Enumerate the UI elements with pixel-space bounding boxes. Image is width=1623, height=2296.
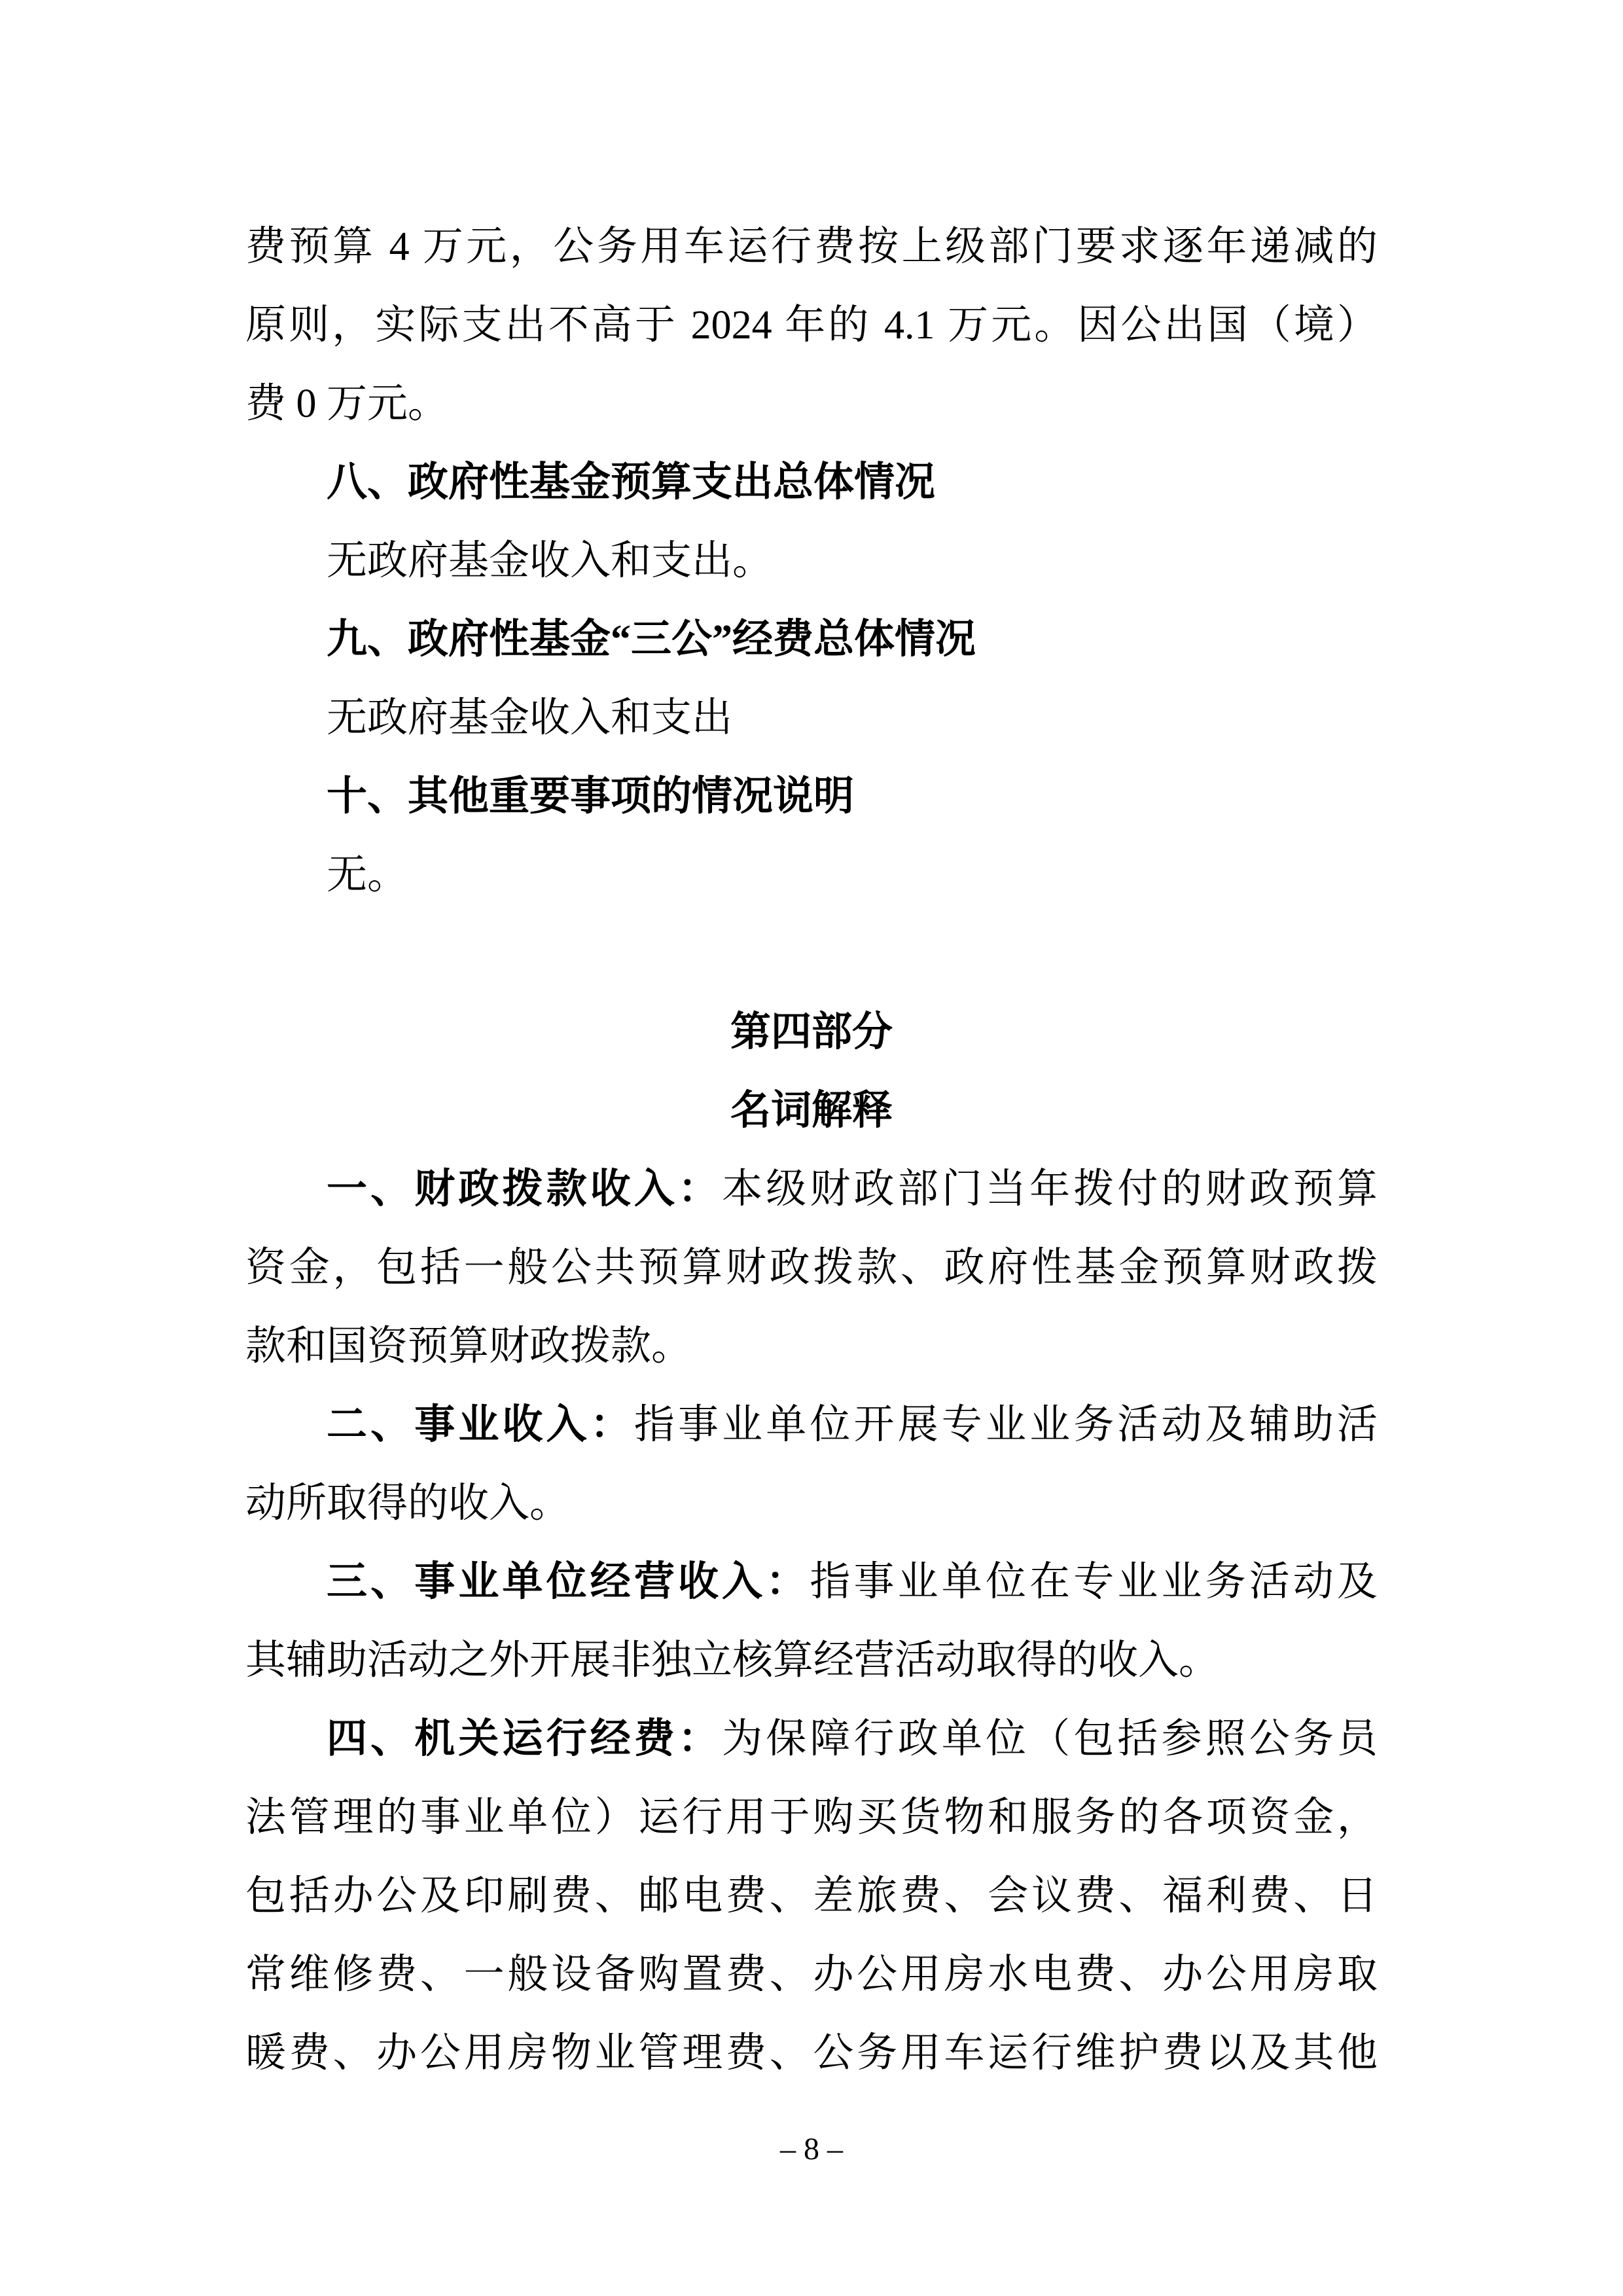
- document-line: 其辅助活动之外开展非独立核算经营活动取得的收入。: [245, 1621, 1378, 1700]
- text-run: 其辅助活动之外开展非独立核算经营活动取得的收入。: [245, 1638, 1219, 1683]
- document-line: 法管理的事业单位）运行用于购买货物和服务的各项资金，: [245, 1778, 1378, 1857]
- text-run: 指事业单位在专业业务活动及: [810, 1560, 1378, 1604]
- section-heading: 第四部分: [245, 993, 1378, 1071]
- document-line: 二、事业收入：指事业单位开展专业业务活动及辅助活: [245, 1386, 1378, 1464]
- document-line: 暖费、办公用房物业管理费、公务用车运行维护费以及其他: [245, 2014, 1378, 2092]
- bold-run: 一、财政拨款收入：: [327, 1167, 722, 1211]
- text-run: 无政府基金收入和支出: [327, 696, 732, 740]
- document-line: 原则，实际支出不高于 2024 年的 4.1 万元。因公出国（境）: [245, 286, 1378, 365]
- document-line: 无。: [245, 836, 1378, 914]
- text-run: 为保障行政单位（包括参照公务员: [722, 1717, 1378, 1761]
- text-run: 费预算 4 万元，公务用车运行费按上级部门要求逐年递减的: [245, 224, 1378, 269]
- text-run: 资金，包括一般公共预算财政拨款、政府性基金预算财政拨: [245, 1246, 1378, 1290]
- text-run: 动所取得的收入。: [245, 1481, 570, 1526]
- blank-line: [245, 914, 1378, 993]
- document-line: 资金，包括一般公共预算财政拨款、政府性基金预算财政拨: [245, 1229, 1378, 1307]
- document-line: 款和国资预算财政拨款。: [245, 1307, 1378, 1386]
- text-run: 暖费、办公用房物业管理费、公务用车运行维护费以及其他: [245, 2031, 1378, 2075]
- text-run: 名词解释: [730, 1088, 893, 1133]
- document-line: 无政府基金收入和支出。: [245, 522, 1378, 600]
- text-run: 原则，实际支出不高于 2024 年的 4.1 万元。因公出国（境）: [245, 303, 1378, 348]
- document-line: 一、财政拨款收入：本级财政部门当年拨付的财政预算: [245, 1150, 1378, 1229]
- document-body: 费预算 4 万元，公务用车运行费按上级部门要求逐年递减的原则，实际支出不高于 2…: [245, 207, 1378, 2092]
- text-run: 指事业单位开展专业业务活动及辅助活: [634, 1403, 1378, 1447]
- document-line: 无政府基金收入和支出: [245, 679, 1378, 757]
- document-line: 四、机关运行经费：为保障行政单位（包括参照公务员: [245, 1700, 1378, 1778]
- document-line: 三、事业单位经营收入：指事业单位在专业业务活动及: [245, 1543, 1378, 1621]
- bold-run: 三、事业单位经营收入：: [327, 1560, 810, 1604]
- text-run: 款和国资预算财政拨款。: [245, 1324, 692, 1369]
- document-line: 常维修费、一般设备购置费、办公用房水电费、办公用房取: [245, 1935, 1378, 2014]
- document-line: 动所取得的收入。: [245, 1464, 1378, 1543]
- text-run: 无。: [327, 853, 408, 897]
- text-run: 第四部分: [730, 1009, 893, 1054]
- document-line: 费预算 4 万元，公务用车运行费按上级部门要求逐年递减的: [245, 207, 1378, 286]
- page-number: – 8 –: [0, 2128, 1623, 2170]
- document-line: 八、政府性基金预算支出总体情况: [245, 443, 1378, 522]
- document-line: 费 0 万元。: [245, 365, 1378, 443]
- document-line: 九、政府性基金“三公”经费总体情况: [245, 600, 1378, 679]
- text-run: 费 0 万元。: [245, 382, 448, 426]
- document-page: 费预算 4 万元，公务用车运行费按上级部门要求逐年递减的原则，实际支出不高于 2…: [0, 0, 1623, 2296]
- text-run: 无政府基金收入和支出。: [327, 539, 773, 583]
- bold-run: 十、其他重要事项的情况说明: [327, 774, 854, 819]
- section-heading: 名词解释: [245, 1071, 1378, 1150]
- bold-run: 四、机关运行经费：: [327, 1717, 722, 1761]
- document-line: 十、其他重要事项的情况说明: [245, 757, 1378, 836]
- text-run: 法管理的事业单位）运行用于购买货物和服务的各项资金，: [245, 1795, 1378, 1840]
- text-run: 包括办公及印刷费、邮电费、差旅费、会议费、福利费、日: [245, 1874, 1378, 1918]
- bold-run: 二、事业收入：: [327, 1403, 634, 1447]
- bold-run: 八、政府性基金预算支出总体情况: [327, 460, 935, 505]
- text-run: 常维修费、一般设备购置费、办公用房水电费、办公用房取: [245, 1952, 1378, 1997]
- bold-run: 九、政府性基金“三公”经费总体情况: [327, 617, 976, 662]
- text-run: 本级财政部门当年拨付的财政预算: [722, 1167, 1378, 1211]
- document-line: 包括办公及印刷费、邮电费、差旅费、会议费、福利费、日: [245, 1857, 1378, 1935]
